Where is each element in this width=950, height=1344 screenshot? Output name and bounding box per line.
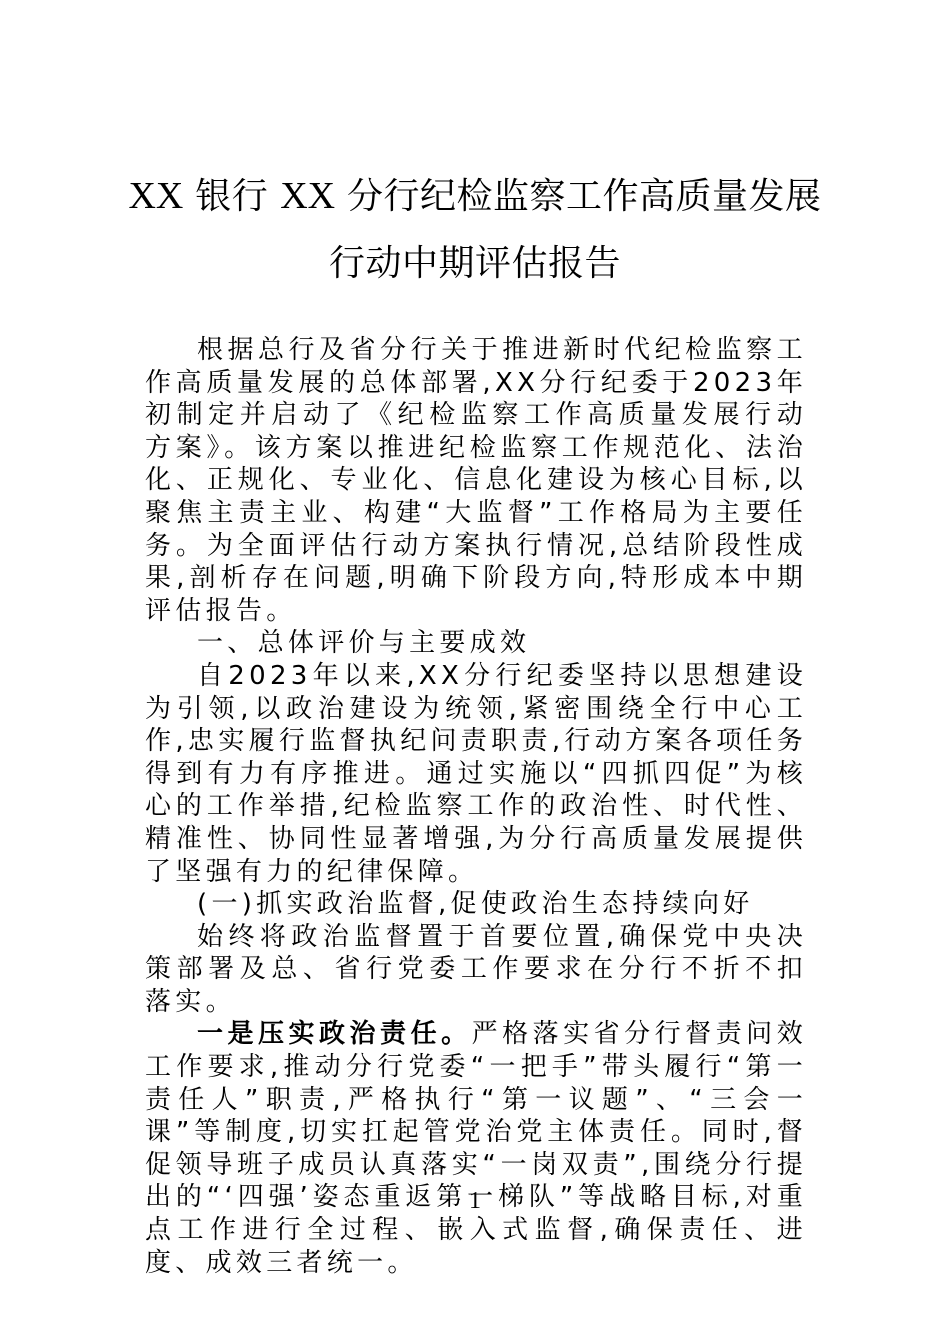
page-number: 1 — [0, 1188, 950, 1215]
subsection-heading-1: (一)抓实政治监督,促使政治生态持续向好 — [145, 888, 807, 921]
section-heading-1: 一、总体评价与主要成效 — [145, 627, 807, 660]
overview-paragraph: 自2023年以来,XX分行纪委坚持以思想建设为引领,以政治建设为统领,紧密围绕全… — [145, 660, 807, 888]
document-page: XX 银行 XX 分行纪检监察工作高质量发展 行动中期评估报告 根据总行及省分行… — [0, 0, 950, 1344]
political-responsibility-paragraph: 一是压实政治责任。严格落实省分行督责问效工作要求,推动分行党委“一把手”带头履行… — [145, 1018, 807, 1279]
document-title-line-2: 行动中期评估报告 — [100, 246, 850, 282]
intro-paragraph: 根据总行及省分行关于推进新时代纪检监察工作高质量发展的总体部署,XX分行纪委于2… — [145, 334, 807, 627]
paragraph-lead: 一是压实政治责任。 — [197, 1019, 472, 1049]
political-supervision-paragraph: 始终将政治监督置于首要位置,确保党中央决策部署及总、省行党委工作要求在分行不折不… — [145, 921, 807, 1019]
document-title-line-1: XX 银行 XX 分行纪检监察工作高质量发展 — [100, 178, 850, 215]
document-body: 根据总行及省分行关于推进新时代纪检监察工作高质量发展的总体部署,XX分行纪委于2… — [145, 334, 807, 1279]
